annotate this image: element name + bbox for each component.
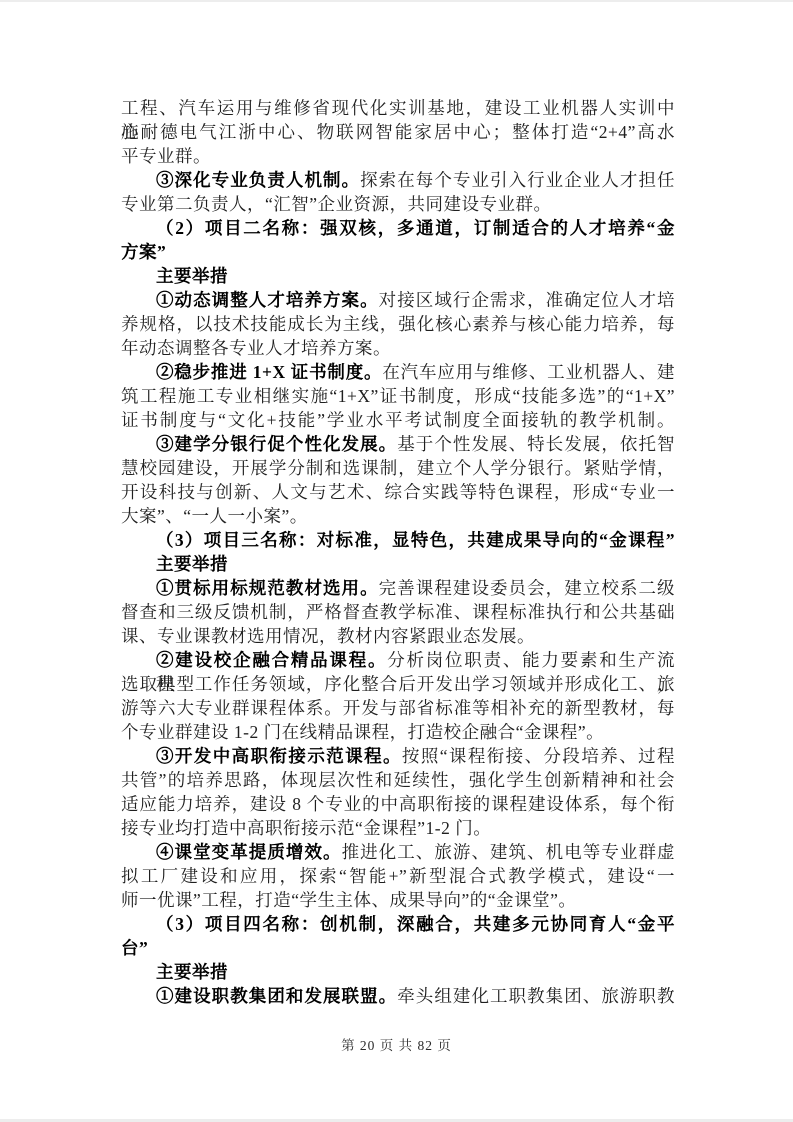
body-text: 平专业群。 — [121, 146, 211, 166]
body-text: 证书制度与“文化+技能”学业水平考试制度全面接轨的教学机制。 — [121, 410, 675, 430]
body-text: 适应能力培养，建设 8 个专业的中高职衔接的课程建设体系，每个衔 — [121, 794, 675, 814]
text-line: ③建学分银行促个性化发展。基于个性发展、特长发展，依托智 — [121, 432, 675, 456]
body-text: 师一优课”工程，打造“学生主体、成果导向”的“金课堂”。 — [121, 890, 576, 910]
body-text: 大案”、“一人一小案”。 — [121, 506, 308, 526]
document-page: { "document": { "footer": "第 20 页 共 82 页… — [0, 0, 793, 1122]
text-line: （3）项目三名称：对标准，显特色，共建成果导向的“金课程” — [121, 528, 675, 552]
text-line: 台” — [121, 936, 675, 960]
emphasis-text: （3）项目三名称：对标准，显特色，共建成果导向的“金课程” — [156, 530, 675, 550]
text-line: ①动态调整人才培养方案。对接区域行企需求，准确定位人才培 — [121, 288, 675, 312]
text-line: 养规格，以技术技能成长为主线，强化核心素养与核心能力培养，每 — [121, 312, 675, 336]
text-line: 个专业群建设 1-2 门在线精品课程，打造校企融合“金课程”。 — [121, 720, 675, 744]
text-line: 拟工厂建设和应用，探索“智能+”新型混合式教学模式，建设“一 — [121, 864, 675, 888]
emphasis-text: （3）项目四名称：创机制，深融合，共建多元协同育人“金平 — [156, 914, 675, 934]
body-text: 接专业均打造中高职衔接示范“金课程”1-2 门。 — [121, 818, 491, 838]
body-text: 在汽车应用与维修、工业机器人、建 — [382, 362, 675, 382]
emphasis-text: （2）项目二名称：强双核，多通道，订制适合的人才培养“金 — [156, 218, 675, 238]
text-line: 工程、汽车运用与维修省现代化实训基地，建设工业机器人实训中心、 — [121, 96, 675, 120]
text-line: 方案” — [121, 240, 675, 264]
body-text: 施耐德电气江浙中心、物联网智能家居中心；整体打造“2+4”高水 — [121, 122, 675, 142]
body-text: 课、专业课教材选用情况，教材内容紧跟业态发展。 — [121, 626, 535, 646]
emphasis-text: 主要举措 — [156, 554, 228, 574]
body-text: 督查和三级反馈机制，严格督查教学标准、课程标准执行和公共基础 — [121, 602, 675, 622]
emphasis-text: 主要举措 — [156, 962, 228, 982]
body-text: 游等六大专业群课程体系。开发与部省标准等相补充的新型教材，每 — [121, 698, 675, 718]
text-line: 适应能力培养，建设 8 个专业的中高职衔接的课程建设体系，每个衔 — [121, 792, 675, 816]
body-text: 筑工程施工专业相继实施“1+X”证书制度，形成“技能多选”的“1+X” — [121, 386, 675, 406]
emphasis-text: ③建学分银行促个性化发展。 — [156, 434, 397, 454]
text-line: ①建设职教集团和发展联盟。牵头组建化工职教集团、旅游职教 — [121, 984, 675, 1008]
body-text: 个专业群建设 1-2 门在线精品课程，打造校企融合“金课程”。 — [121, 722, 604, 742]
emphasis-text: 主要举措 — [156, 266, 228, 286]
body-text: 推进化工、旅游、建筑、机电等专业群虚 — [342, 842, 675, 862]
text-line: ③深化专业负责人机制。探索在每个专业引入行业企业人才担任 — [121, 168, 675, 192]
body-text: 慧校园建设，开展学分制和选课制，建立个人学分银行。紧贴学情， — [121, 458, 675, 478]
text-line: 督查和三级反馈机制，严格督查教学标准、课程标准执行和公共基础 — [121, 600, 675, 624]
text-line: ②稳步推进 1+X 证书制度。在汽车应用与维修、工业机器人、建 — [121, 360, 675, 384]
text-line: 筑工程施工专业相继实施“1+X”证书制度，形成“技能多选”的“1+X” — [121, 384, 675, 408]
emphasis-text: ②稳步推进 1+X 证书制度。 — [156, 362, 382, 382]
body-text: 按照“课程衔接、分段培养、过程 — [402, 746, 675, 766]
text-line: 专业第二负责人，“汇智”企业资源，共同建设专业群。 — [121, 192, 675, 216]
emphasis-text: ③深化专业负责人机制。 — [156, 170, 360, 190]
emphasis-text: ①贯标用标规范教材选用。 — [156, 578, 379, 598]
text-line: 主要举措 — [121, 960, 675, 984]
body-text: 牵头组建化工职教集团、旅游职教 — [397, 986, 675, 1006]
text-line: 大案”、“一人一小案”。 — [121, 504, 675, 528]
text-line: 开设科技与创新、人文与艺术、综合实践等特色课程，形成“专业一 — [121, 480, 675, 504]
body-text: 完善课程建设委员会，建立校系二级 — [379, 578, 675, 598]
text-line: 师一优课”工程，打造“学生主体、成果导向”的“金课堂”。 — [121, 888, 675, 912]
body-text: 对接区域行企需求，准确定位人才培 — [379, 290, 675, 310]
page-edge-top — [0, 0, 793, 2]
text-line: ④课堂变革提质增效。推进化工、旅游、建筑、机电等专业群虚 — [121, 840, 675, 864]
text-line: 游等六大专业群课程体系。开发与部省标准等相补充的新型教材，每 — [121, 696, 675, 720]
emphasis-text: ①建设职教集团和发展联盟。 — [156, 986, 397, 1006]
text-line: ①贯标用标规范教材选用。完善课程建设委员会，建立校系二级 — [121, 576, 675, 600]
emphasis-text: ①动态调整人才培养方案。 — [156, 290, 379, 310]
text-line: ②建设校企融合精品课程。分析岗位职责、能力要素和生产流程， — [121, 648, 675, 672]
body-text: 共管”的培养思路，体现层次性和延续性，强化学生创新精神和社会 — [121, 770, 675, 790]
text-line: 年动态调整各专业人才培养方案。 — [121, 336, 675, 360]
body-text: 年动态调整各专业人才培养方案。 — [121, 338, 391, 358]
text-line: 接专业均打造中高职衔接示范“金课程”1-2 门。 — [121, 816, 675, 840]
text-line: 主要举措 — [121, 552, 675, 576]
text-line: 课、专业课教材选用情况，教材内容紧跟业态发展。 — [121, 624, 675, 648]
text-line: （3）项目四名称：创机制，深融合，共建多元协同育人“金平 — [121, 912, 675, 936]
emphasis-text: 台” — [121, 938, 148, 958]
text-line: 平专业群。 — [121, 144, 675, 168]
emphasis-text: ③开发中高职衔接示范课程。 — [156, 746, 402, 766]
body-text: 专业第二负责人，“汇智”企业资源，共同建设专业群。 — [121, 194, 552, 214]
text-line: 选取典型工作任务领域，序化整合后开发出学习领域并形成化工、旅 — [121, 672, 675, 696]
text-line: （2）项目二名称：强双核，多通道，订制适合的人才培养“金 — [121, 216, 675, 240]
body-text: 探索在每个专业引入行业企业人才担任 — [360, 170, 675, 190]
text-line: ③开发中高职衔接示范课程。按照“课程衔接、分段培养、过程 — [121, 744, 675, 768]
document-body: 工程、汽车运用与维修省现代化实训基地，建设工业机器人实训中心、施耐德电气江浙中心… — [121, 96, 675, 1008]
body-text: 养规格，以技术技能成长为主线，强化核心素养与核心能力培养，每 — [121, 314, 675, 334]
body-text: 基于个性发展、特长发展，依托智 — [397, 434, 675, 454]
emphasis-text: 方案” — [121, 242, 166, 262]
text-line: 证书制度与“文化+技能”学业水平考试制度全面接轨的教学机制。 — [121, 408, 675, 432]
body-text: 开设科技与创新、人文与艺术、综合实践等特色课程，形成“专业一 — [121, 482, 675, 502]
text-line: 施耐德电气江浙中心、物联网智能家居中心；整体打造“2+4”高水 — [121, 120, 675, 144]
emphasis-text: ②建设校企融合精品课程。 — [156, 650, 387, 670]
emphasis-text: ④课堂变革提质增效。 — [156, 842, 342, 862]
body-text: 拟工厂建设和应用，探索“智能+”新型混合式教学模式，建设“一 — [121, 866, 675, 886]
text-line: 慧校园建设，开展学分制和选课制，建立个人学分银行。紧贴学情， — [121, 456, 675, 480]
page-number-footer: 第 20 页 共 82 页 — [0, 1036, 793, 1056]
text-line: 主要举措 — [121, 264, 675, 288]
text-line: 共管”的培养思路，体现层次性和延续性，强化学生创新精神和社会 — [121, 768, 675, 792]
body-text: 选取典型工作任务领域，序化整合后开发出学习领域并形成化工、旅 — [121, 674, 675, 694]
